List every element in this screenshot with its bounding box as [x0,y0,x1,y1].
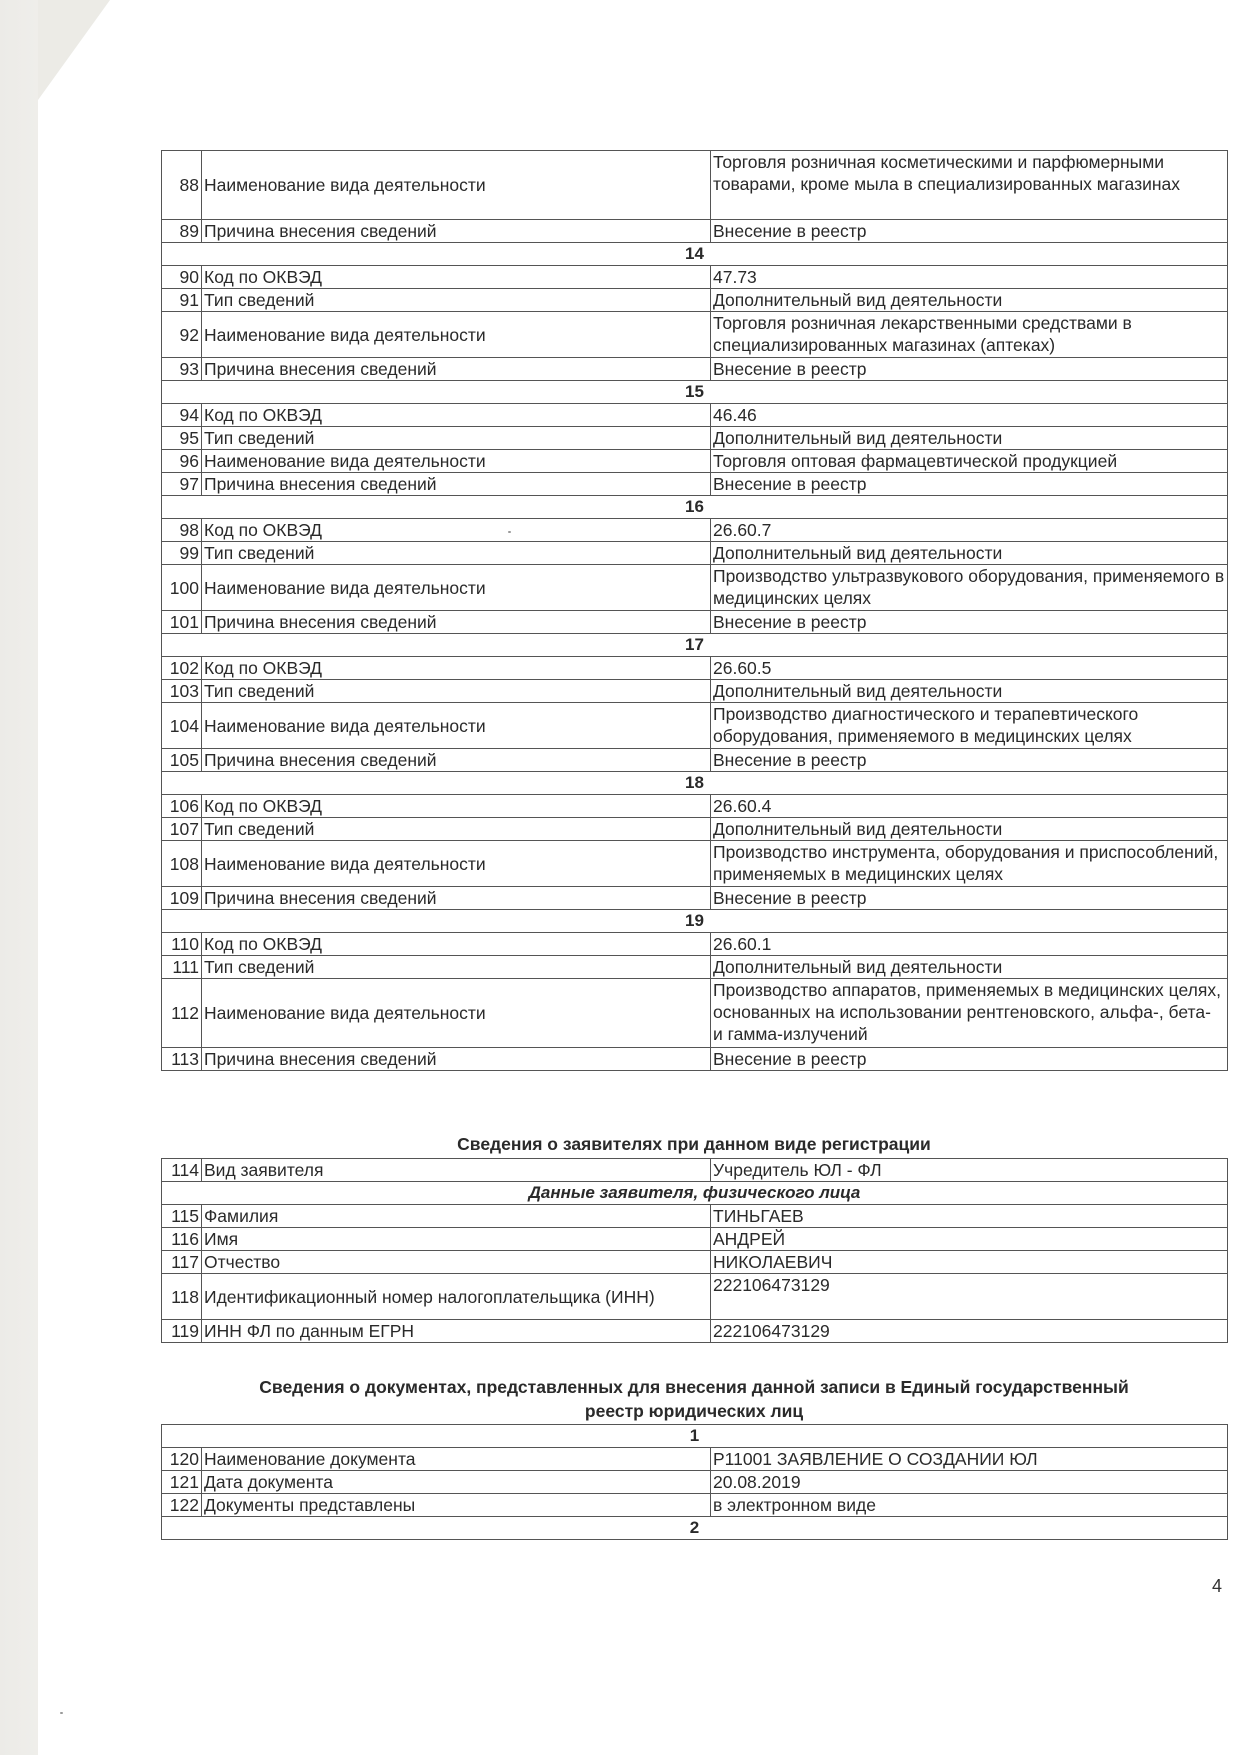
field-value: 26.60.4 [711,795,1228,818]
row-number: 120 [162,1448,202,1471]
field-label: Имя [202,1228,711,1251]
table-row: 119ИНН ФЛ по данным ЕГРН222106473129 [162,1320,1228,1343]
field-value: Дополнительный вид деятельности [711,818,1228,841]
field-label: Фамилия [202,1205,711,1228]
field-value: Дополнительный вид деятельности [711,680,1228,703]
field-label: Наименование вида деятельности [202,565,711,611]
row-number: 121 [162,1471,202,1494]
field-value: Производство диагностического и терапевт… [711,703,1228,749]
row-number: 107 [162,818,202,841]
field-label: Код по ОКВЭД [202,933,711,956]
section-row: 2 [162,1517,1228,1540]
documents-heading-line1: Сведения о документах, представленных дл… [161,1375,1227,1399]
row-number: 89 [162,220,202,243]
row-number: 95 [162,427,202,450]
section-number: 14 [162,243,1228,266]
field-label: Причина внесения сведений [202,611,711,634]
row-number: 91 [162,289,202,312]
field-value: 222106473129 [711,1320,1228,1343]
applicants-heading: Сведения о заявителях при данном виде ре… [161,1132,1227,1156]
field-label: Наименование вида деятельности [202,450,711,473]
field-value: Внесение в реестр [711,1048,1228,1071]
field-value: АНДРЕЙ [711,1228,1228,1251]
field-label: Документы представлены [202,1494,711,1517]
field-value: 26.60.1 [711,933,1228,956]
field-label: Причина внесения сведений [202,473,711,496]
section-number: 16 [162,496,1228,519]
field-label: Тип сведений [202,427,711,450]
documents-heading-line2: реестр юридических лиц [161,1399,1227,1423]
field-value: Внесение в реестр [711,220,1228,243]
table-row: 114Вид заявителяУчредитель ЮЛ - ФЛ [162,1159,1228,1182]
table-row: 93Причина внесения сведенийВнесение в ре… [162,358,1228,381]
field-label: Причина внесения сведений [202,887,711,910]
section-row: 16 [162,496,1228,519]
table-row: 100Наименование вида деятельностиПроизво… [162,565,1228,611]
table-row: 103Тип сведенийДополнительный вид деятел… [162,680,1228,703]
row-number: 109 [162,887,202,910]
table-row: 94Код по ОКВЭД46.46 [162,404,1228,427]
table-row: 98Код по ОКВЭД26.60.7 [162,519,1228,542]
field-label: Наименование вида деятельности [202,312,711,358]
table-row: 109Причина внесения сведенийВнесение в р… [162,887,1228,910]
field-label: Тип сведений [202,680,711,703]
row-number: 100 [162,565,202,611]
field-label: Наименование вида деятельности [202,703,711,749]
table-row: 106Код по ОКВЭД26.60.4 [162,795,1228,818]
section-number: 1 [162,1425,1228,1448]
field-label: Код по ОКВЭД [202,657,711,680]
field-label: Идентификационный номер налогоплательщик… [202,1274,711,1320]
field-value: ТИНЬГАЕВ [711,1205,1228,1228]
table-row: 96Наименование вида деятельностиТорговля… [162,450,1228,473]
activities-table: 88Наименование вида деятельностиТорговля… [161,150,1228,1071]
table-row: 116ИмяАНДРЕЙ [162,1228,1228,1251]
table-row: 104Наименование вида деятельностиПроизво… [162,703,1228,749]
field-value: Торговля розничная косметическими и парф… [711,151,1228,220]
field-label: Код по ОКВЭД [202,519,711,542]
section-row: 1 [162,1425,1228,1448]
field-label: Тип сведений [202,542,711,565]
row-number: 113 [162,1048,202,1071]
table-row: 113Причина внесения сведенийВнесение в р… [162,1048,1228,1071]
table-row: 90Код по ОКВЭД47.73 [162,266,1228,289]
field-label: Код по ОКВЭД [202,266,711,289]
field-value: Внесение в реестр [711,887,1228,910]
table-row: 89Причина внесения сведенийВнесение в ре… [162,220,1228,243]
row-number: 105 [162,749,202,772]
table-row: 118Идентификационный номер налогоплатель… [162,1274,1228,1320]
section-number: 15 [162,381,1228,404]
subsection-row: Данные заявителя, физического лица [162,1182,1228,1205]
row-number: 119 [162,1320,202,1343]
field-label: Причина внесения сведений [202,749,711,772]
table-row: 101Причина внесения сведенийВнесение в р… [162,611,1228,634]
field-value: Производство инструмента, оборудования и… [711,841,1228,887]
table-row: 107Тип сведенийДополнительный вид деятел… [162,818,1228,841]
field-value: Дополнительный вид деятельности [711,956,1228,979]
field-label: Причина внесения сведений [202,220,711,243]
field-label: Отчество [202,1251,711,1274]
table-row: 97Причина внесения сведенийВнесение в ре… [162,473,1228,496]
row-number: 93 [162,358,202,381]
field-value: Внесение в реестр [711,473,1228,496]
folded-corner [38,0,110,100]
field-label: Тип сведений [202,289,711,312]
scan-speck [508,531,511,533]
field-value: 20.08.2019 [711,1471,1228,1494]
field-label: Наименование вида деятельности [202,979,711,1048]
field-value: Дополнительный вид деятельности [711,542,1228,565]
row-number: 117 [162,1251,202,1274]
section-number: 17 [162,634,1228,657]
section-row: 18 [162,772,1228,795]
table-row: 108Наименование вида деятельностиПроизво… [162,841,1228,887]
section-number: 2 [162,1517,1228,1540]
row-number: 96 [162,450,202,473]
section-number: 19 [162,910,1228,933]
row-number: 115 [162,1205,202,1228]
field-label: Наименование вида деятельности [202,151,711,220]
table-row: 88Наименование вида деятельностиТорговля… [162,151,1228,220]
section-row: 19 [162,910,1228,933]
applicants-table: 114Вид заявителяУчредитель ЮЛ - ФЛДанные… [161,1158,1228,1343]
subsection-title: Данные заявителя, физического лица [162,1182,1228,1205]
field-value: Дополнительный вид деятельности [711,427,1228,450]
field-value: Торговля оптовая фармацевтической продук… [711,450,1228,473]
row-number: 110 [162,933,202,956]
table-row: 102Код по ОКВЭД26.60.5 [162,657,1228,680]
field-label: Дата документа [202,1471,711,1494]
row-number: 116 [162,1228,202,1251]
field-value: Производство ультразвукового оборудовани… [711,565,1228,611]
section-row: 15 [162,381,1228,404]
table-row: 115ФамилияТИНЬГАЕВ [162,1205,1228,1228]
row-number: 99 [162,542,202,565]
table-row: 99Тип сведенийДополнительный вид деятель… [162,542,1228,565]
section-row: 14 [162,243,1228,266]
row-number: 102 [162,657,202,680]
table-row: 121Дата документа20.08.2019 [162,1471,1228,1494]
table-row: 95Тип сведенийДополнительный вид деятель… [162,427,1228,450]
row-number: 118 [162,1274,202,1320]
field-label: Код по ОКВЭД [202,795,711,818]
field-value: в электронном виде [711,1494,1228,1517]
table-row: 112Наименование вида деятельностиПроизво… [162,979,1228,1048]
field-value: НИКОЛАЕВИЧ [711,1251,1228,1274]
row-number: 98 [162,519,202,542]
field-value: Торговля розничная лекарственными средст… [711,312,1228,358]
field-label: Наименование документа [202,1448,711,1471]
table-row: 105Причина внесения сведенийВнесение в р… [162,749,1228,772]
field-label: Наименование вида деятельности [202,841,711,887]
field-value: 222106473129 [711,1274,1228,1320]
field-value: Производство аппаратов, применяемых в ме… [711,979,1228,1048]
field-value: Учредитель ЮЛ - ФЛ [711,1159,1228,1182]
table-row: 120Наименование документаР11001 ЗАЯВЛЕНИ… [162,1448,1228,1471]
table-row: 111Тип сведенийДополнительный вид деятел… [162,956,1228,979]
table-row: 110Код по ОКВЭД26.60.1 [162,933,1228,956]
row-number: 111 [162,956,202,979]
field-value: 47.73 [711,266,1228,289]
scan-speck [60,1712,63,1714]
row-number: 112 [162,979,202,1048]
field-value: Внесение в реестр [711,358,1228,381]
field-value: 26.60.7 [711,519,1228,542]
field-value: Внесение в реестр [711,611,1228,634]
section-number: 18 [162,772,1228,795]
field-label: ИНН ФЛ по данным ЕГРН [202,1320,711,1343]
field-value: 46.46 [711,404,1228,427]
row-number: 114 [162,1159,202,1182]
row-number: 122 [162,1494,202,1517]
row-number: 106 [162,795,202,818]
row-number: 88 [162,151,202,220]
documents-table: 1120Наименование документаР11001 ЗАЯВЛЕН… [161,1424,1228,1540]
field-value: Р11001 ЗАЯВЛЕНИЕ О СОЗДАНИИ ЮЛ [711,1448,1228,1471]
row-number: 92 [162,312,202,358]
row-number: 97 [162,473,202,496]
field-label: Код по ОКВЭД [202,404,711,427]
table-row: 117ОтчествоНИКОЛАЕВИЧ [162,1251,1228,1274]
field-label: Тип сведений [202,818,711,841]
row-number: 108 [162,841,202,887]
field-label: Причина внесения сведений [202,358,711,381]
row-number: 90 [162,266,202,289]
field-value: 26.60.5 [711,657,1228,680]
field-label: Причина внесения сведений [202,1048,711,1071]
field-value: Дополнительный вид деятельности [711,289,1228,312]
row-number: 104 [162,703,202,749]
field-label: Тип сведений [202,956,711,979]
row-number: 103 [162,680,202,703]
field-value: Внесение в реестр [711,749,1228,772]
page-number: 4 [1212,1576,1222,1597]
section-row: 17 [162,634,1228,657]
field-label: Вид заявителя [202,1159,711,1182]
table-row: 122Документы представленыв электронном в… [162,1494,1228,1517]
row-number: 94 [162,404,202,427]
row-number: 101 [162,611,202,634]
table-row: 91Тип сведенийДополнительный вид деятель… [162,289,1228,312]
table-row: 92Наименование вида деятельностиТорговля… [162,312,1228,358]
